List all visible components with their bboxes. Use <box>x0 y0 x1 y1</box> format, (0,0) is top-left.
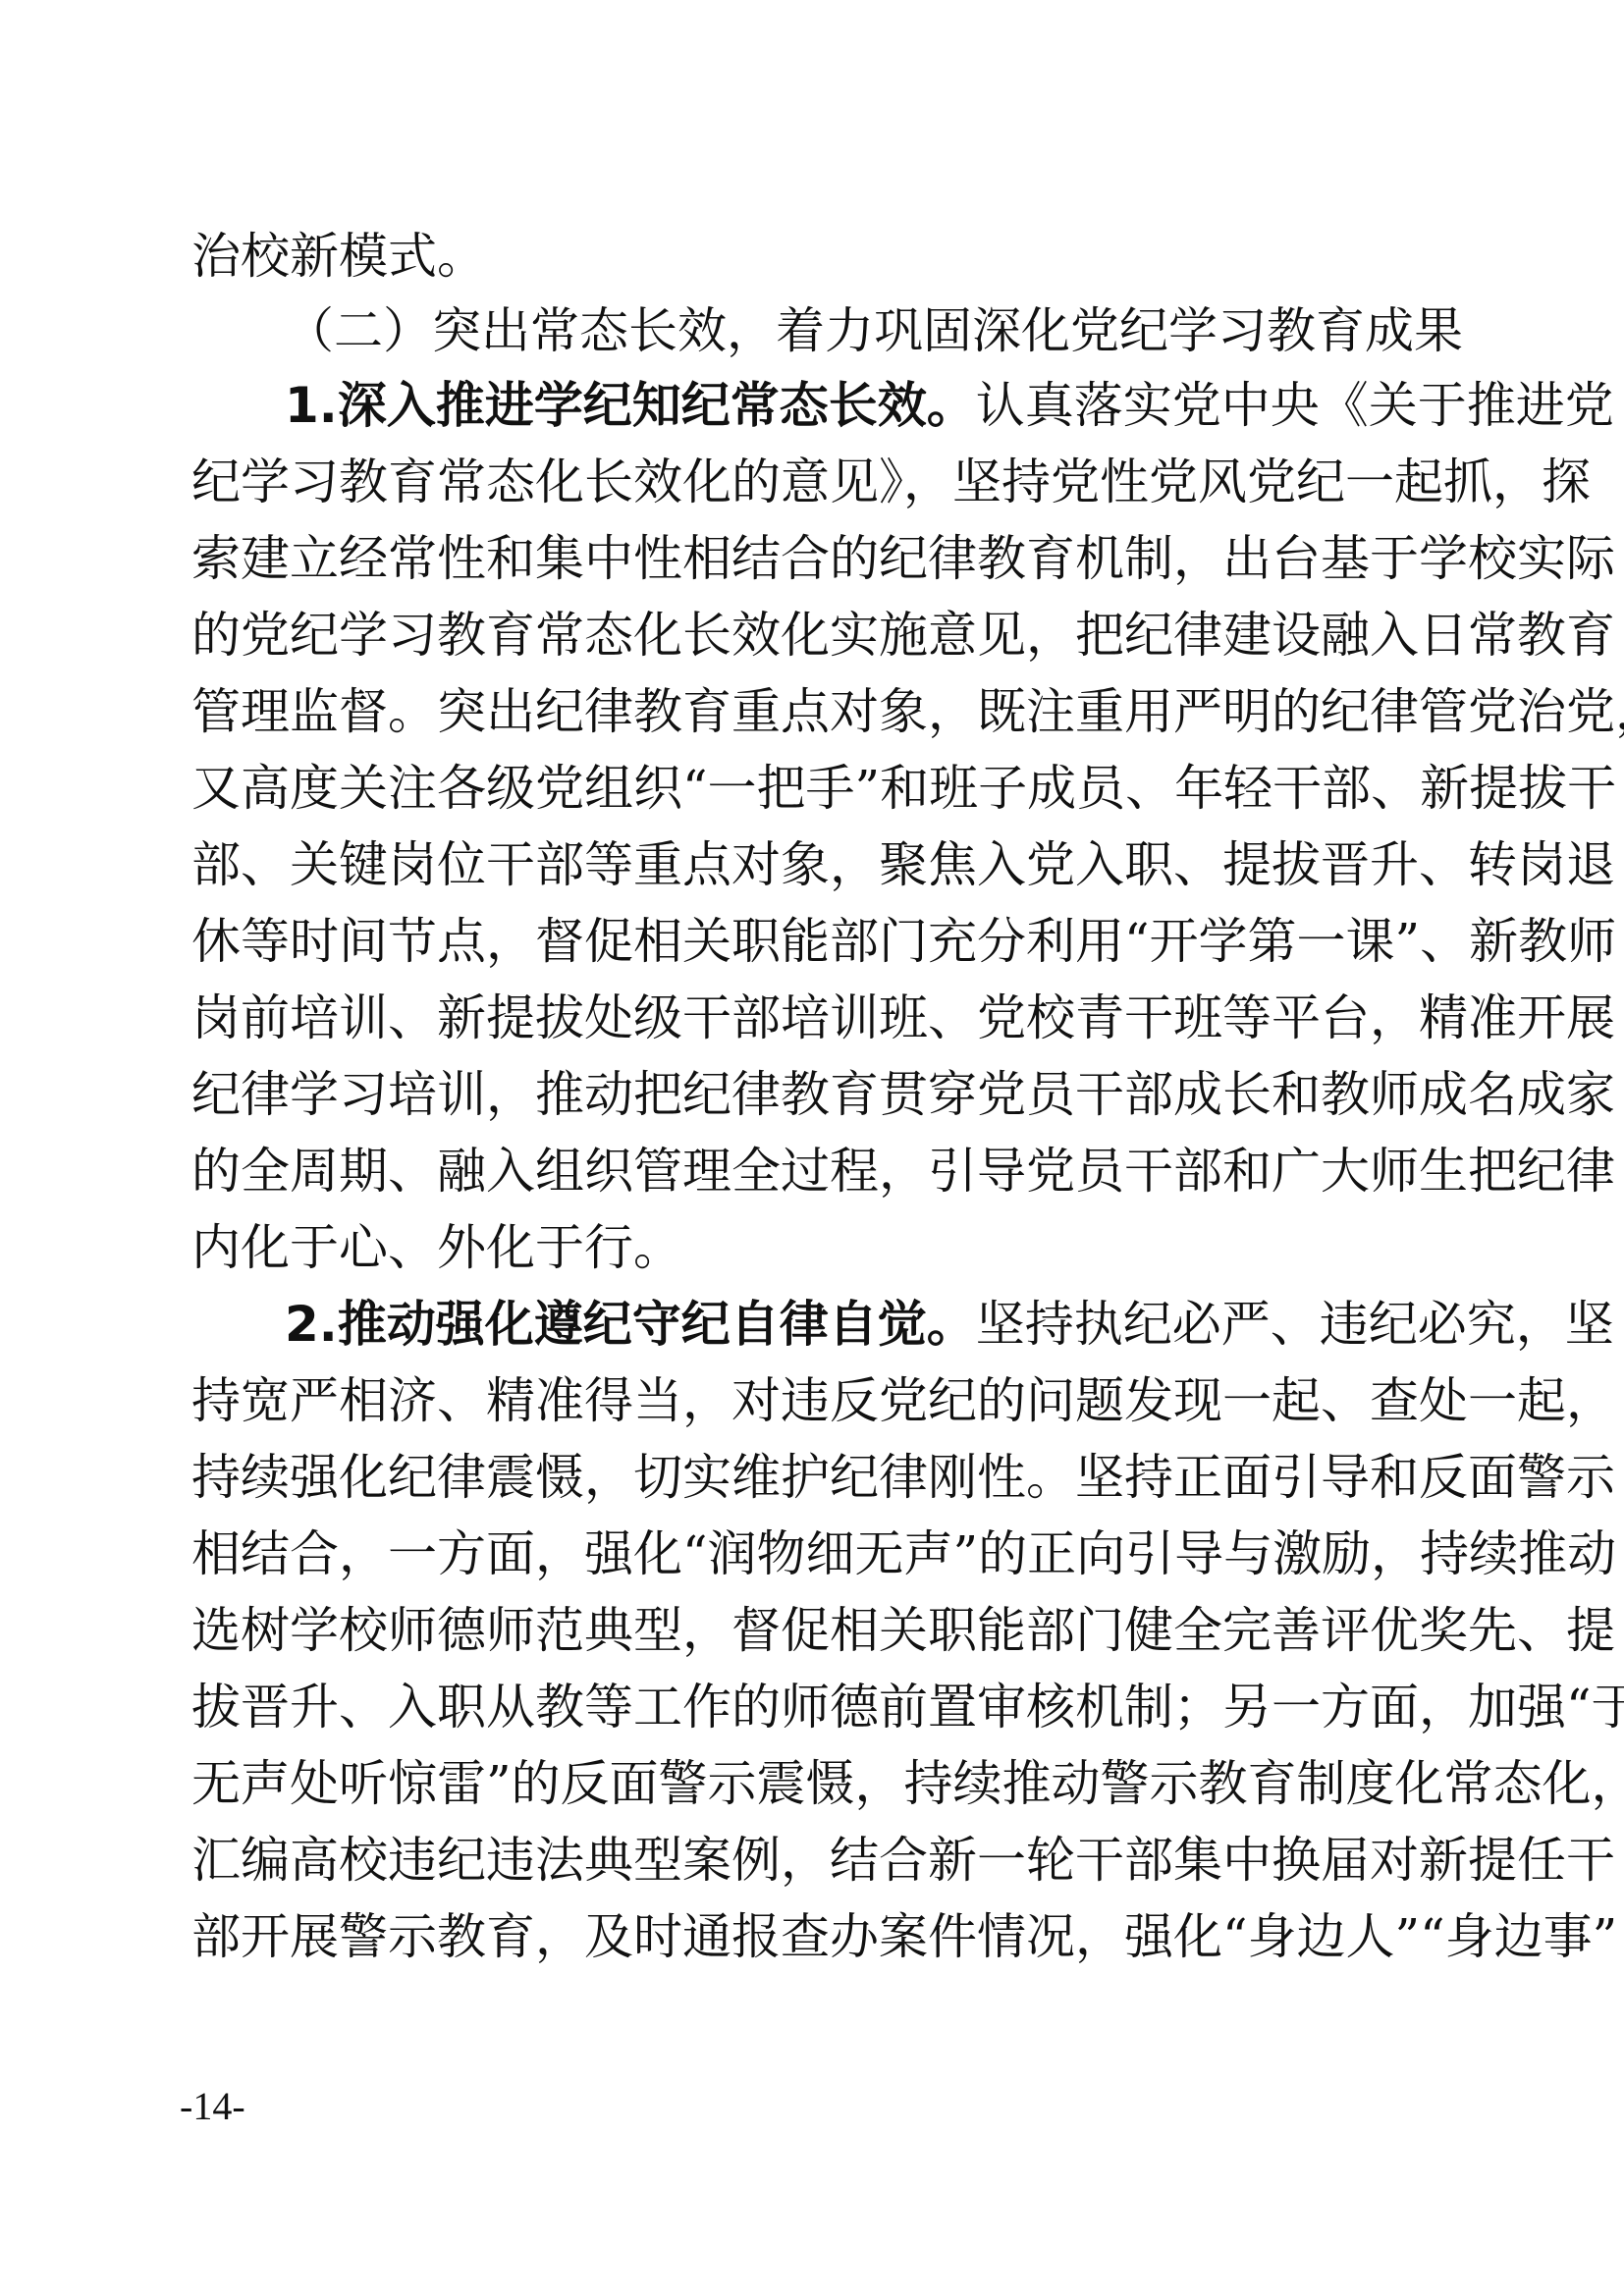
paragraph-line: 拔晋升、入职从教等工作的师德前置审核机制；另一方面，加强“于 <box>191 1669 1453 1745</box>
paragraph-line: 的全周期、融入组织管理全过程，引导党员干部和广大师生把纪律 <box>191 1133 1453 1209</box>
paragraph-2-line-1: 2.推动强化遵纪守纪自律自觉。坚持执纪必严、违纪必究，坚 <box>285 1286 1453 1362</box>
subheading-2: 2.推动强化遵纪守纪自律自觉。 <box>285 1296 976 1353</box>
paragraph-line: 汇编高校违纪违法典型案例，结合新一轮干部集中换届对新提任干 <box>191 1822 1453 1898</box>
page-number: -14- <box>180 2083 245 2129</box>
paragraph-line: 选树学校师德师范典型，督促相关职能部门健全完善评优奖先、提 <box>191 1592 1453 1669</box>
paragraph-line: 持续强化纪律震慑，切实维护纪律刚性。坚持正面引导和反面警示 <box>191 1439 1453 1516</box>
document-page: 治校新模式。 （二）突出常态长效，着力巩固深化党纪学习教育成果 1.深入推进学纪… <box>0 0 1624 2296</box>
paragraph-line: 无声处听惊雷”的反面警示震慑，持续推动警示教育制度化常态化， <box>191 1745 1453 1822</box>
paragraph-line: 部、关键岗位干部等重点对象，聚焦入党入职、提拔晋升、转岗退 <box>191 827 1453 903</box>
paragraph-line: 纪律学习培训，推动把纪律教育贯穿党员干部成长和教师成名成家 <box>191 1056 1453 1133</box>
paragraph-line: 相结合，一方面，强化“润物细无声”的正向引导与激励，持续推动 <box>191 1516 1453 1592</box>
paragraph-2-text: 坚持执纪必严、违纪必究，坚 <box>976 1296 1614 1353</box>
paragraph-line: 的党纪学习教育常态化长效化实施意见，把纪律建设融入日常教育 <box>191 597 1453 673</box>
paragraph-line: 休等时间节点，督促相关职能部门充分利用“开学第一课”、新教师 <box>191 903 1453 980</box>
subheading-1: 1.深入推进学纪知纪常态长效。 <box>285 377 976 434</box>
paragraph-line: 又高度关注各级党组织“一把手”和班子成员、年轻干部、新提拔干 <box>191 750 1453 827</box>
paragraph-1-line-1: 1.深入推进学纪知纪常态长效。认真落实党中央《关于推进党 <box>285 367 1453 444</box>
paragraph-line: 内化于心、外化于行。 <box>191 1209 1453 1286</box>
section-heading: （二）突出常态长效，着力巩固深化党纪学习教育成果 <box>285 293 1316 369</box>
paragraph-line: 部开展警示教育，及时通报查办案件情况，强化“身边人”“身边事” <box>191 1898 1453 1975</box>
paragraph-line: 纪学习教育常态化长效化的意见》，坚持党性党风党纪一起抓，探 <box>191 444 1453 520</box>
paragraph-line: 岗前培训、新提拔处级干部培训班、党校青干班等平台，精准开展 <box>191 980 1453 1056</box>
paragraph-1-text: 认真落实党中央《关于推进党 <box>976 377 1614 434</box>
paragraph-tail: 治校新模式。 <box>191 218 1453 294</box>
paragraph-line: 管理监督。突出纪律教育重点对象，既注重用严明的纪律管党治党， <box>191 673 1453 750</box>
paragraph-line: 索建立经常性和集中性相结合的纪律教育机制，出台基于学校实际 <box>191 520 1453 597</box>
paragraph-line: 持宽严相济、精准得当，对违反党纪的问题发现一起、查处一起， <box>191 1362 1453 1439</box>
